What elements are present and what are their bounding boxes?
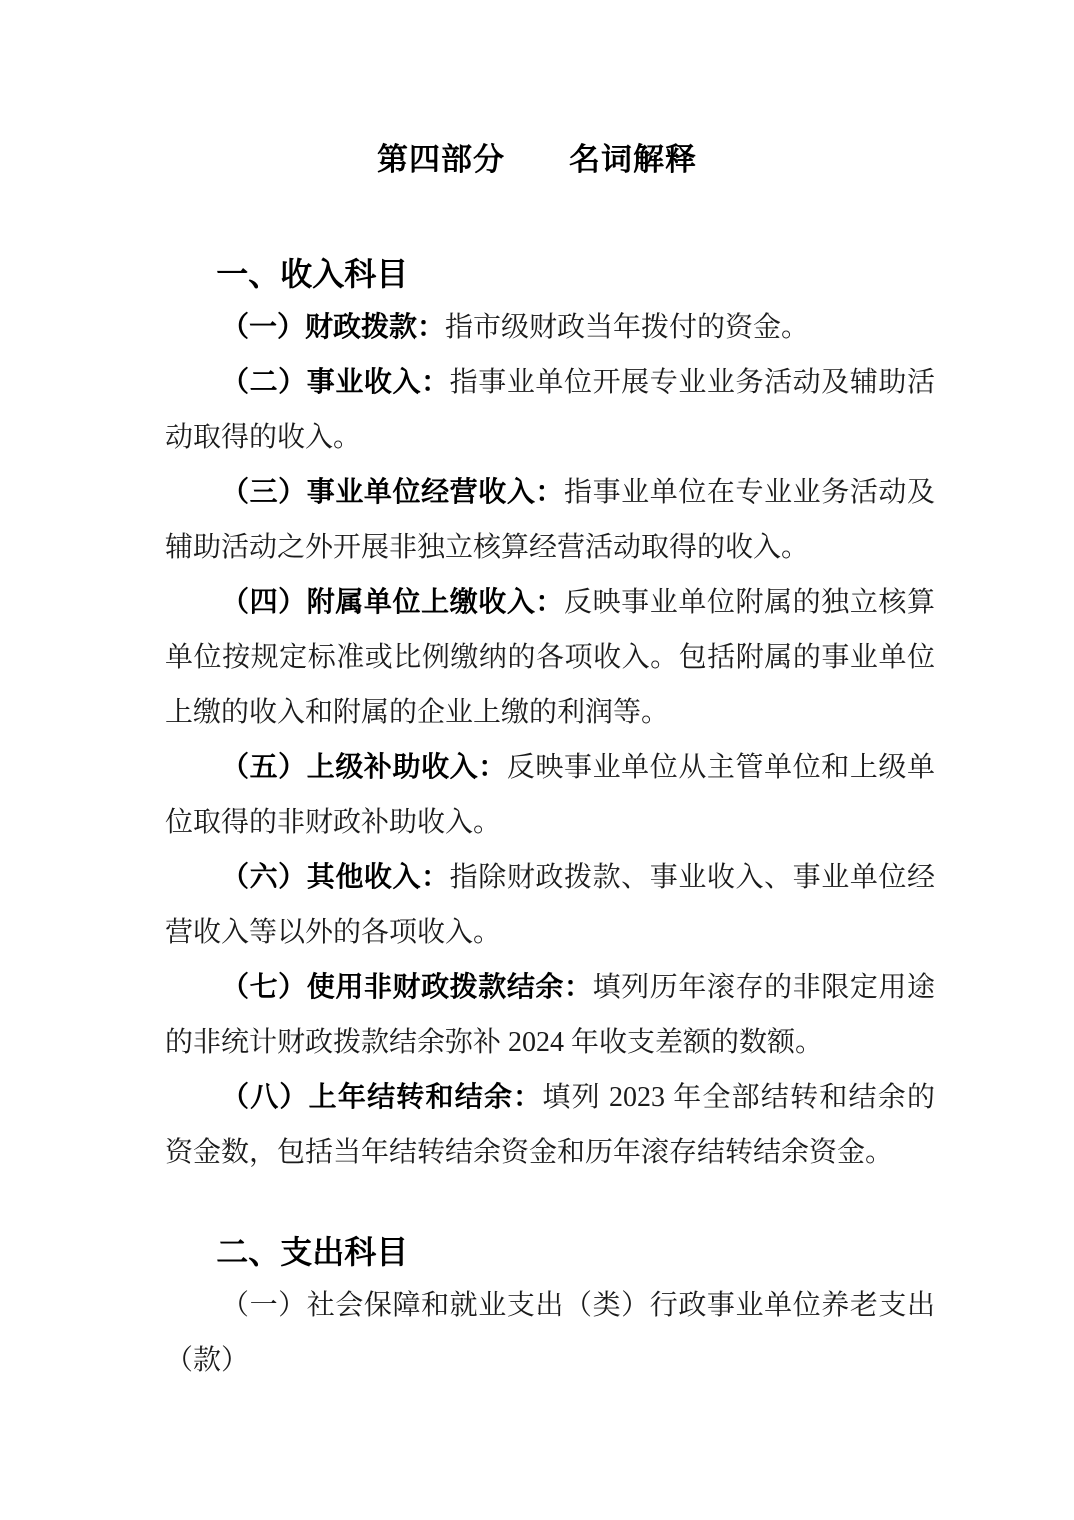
page-title: 第四部分 名词解释 — [0, 138, 1074, 182]
term-paragraph-business-operating-income: （三）事业单位经营收入：指事业单位在专业业务活动及辅助活动之外开展非独立核算经营… — [165, 465, 935, 575]
expense-item-paragraph: （一）社会保障和就业支出（类）行政事业单位养老支出（款） — [165, 1278, 935, 1388]
term-paragraph-subsidiary-remitted-income: （四）附属单位上缴收入：反映事业单位附属的独立核算单位按规定标准或比例缴纳的各项… — [165, 575, 935, 740]
term-paragraph-other-income: （六）其他收入：指除财政拨款、事业收入、事业单位经营收入等以外的各项收入。 — [165, 850, 935, 960]
term-label: （八）上年结转和结余： — [221, 1082, 542, 1113]
term-label: （五）上级补助收入： — [221, 752, 507, 783]
document-page: 第四部分 名词解释 一、收入科目 （一）财政拨款：指市级财政当年拨付的资金。 （… — [0, 0, 1074, 1520]
term-definition: （一）社会保障和就业支出（类）行政事业单位养老支出（款） — [165, 1290, 935, 1376]
term-label: （二）事业收入： — [221, 367, 450, 398]
term-label: （四）附属单位上缴收入： — [221, 587, 564, 618]
section-heading-expense: 二、支出科目 — [165, 1230, 935, 1274]
term-label: （一）财政拨款： — [221, 312, 445, 343]
section-heading-income: 一、收入科目 — [165, 252, 935, 296]
term-paragraph-non-fiscal-surplus: （七）使用非财政拨款结余：填列历年滚存的非限定用途的非统计财政拨款结余弥补 20… — [165, 960, 935, 1070]
term-paragraph-superior-subsidy-income: （五）上级补助收入：反映事业单位从主管单位和上级单位取得的非财政补助收入。 — [165, 740, 935, 850]
term-label: （六）其他收入： — [221, 862, 450, 893]
term-paragraph-prior-year-carryover: （八）上年结转和结余：填列 2023 年全部结转和结余的资金数，包括当年结转结余… — [165, 1070, 935, 1180]
term-paragraph-fiscal-appropriation: （一）财政拨款：指市级财政当年拨付的资金。 — [165, 300, 935, 355]
term-paragraph-operating-income: （二）事业收入：指事业单位开展专业业务活动及辅助活动取得的收入。 — [165, 355, 935, 465]
term-label: （三）事业单位经营收入： — [221, 477, 564, 508]
term-definition: 指市级财政当年拨付的资金。 — [445, 312, 809, 343]
term-label: （七）使用非财政拨款结余： — [221, 972, 593, 1003]
